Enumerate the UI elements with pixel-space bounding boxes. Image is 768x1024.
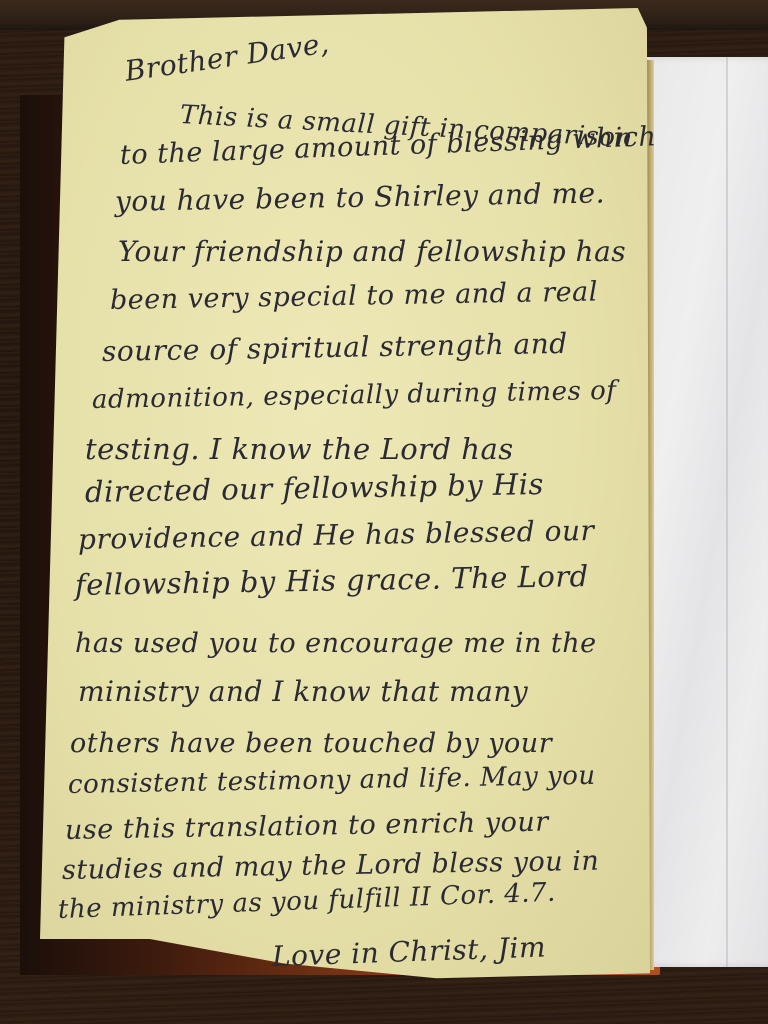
letter-line-7: admonition, especially during times of (92, 376, 617, 415)
salutation: Brother Dave, (123, 27, 331, 88)
letter-line-14: others have been touched by your (70, 728, 552, 759)
letter-line-10: providence and He has blessed our (78, 514, 595, 556)
closing-signature: Love in Christ, Jim (271, 930, 546, 973)
letter-line-6: source of spiritual strength and (102, 327, 568, 368)
letter-line-11: fellowship by His grace. The Lord (75, 559, 589, 602)
letter-line-3: you have been to Shirley and me. (115, 176, 606, 218)
letter-line-12: has used you to encourage me in the (75, 628, 597, 659)
letter-line-15: consistent testimony and life. May you (68, 761, 596, 800)
letter-line-8: testing. I know the Lord has (85, 432, 514, 466)
letter-line-13: ministry and I know that many (78, 675, 528, 708)
letter-line-9: directed our fellowship by His (85, 467, 544, 509)
handwritten-letter: Brother Dave, This is a small gift in co… (0, 0, 768, 1024)
letter-line-16: use this translation to enrich your (65, 807, 549, 846)
letter-line-5: been very special to me and a real (110, 276, 598, 316)
letter-line-4: Your friendship and fellowship has (118, 235, 626, 268)
